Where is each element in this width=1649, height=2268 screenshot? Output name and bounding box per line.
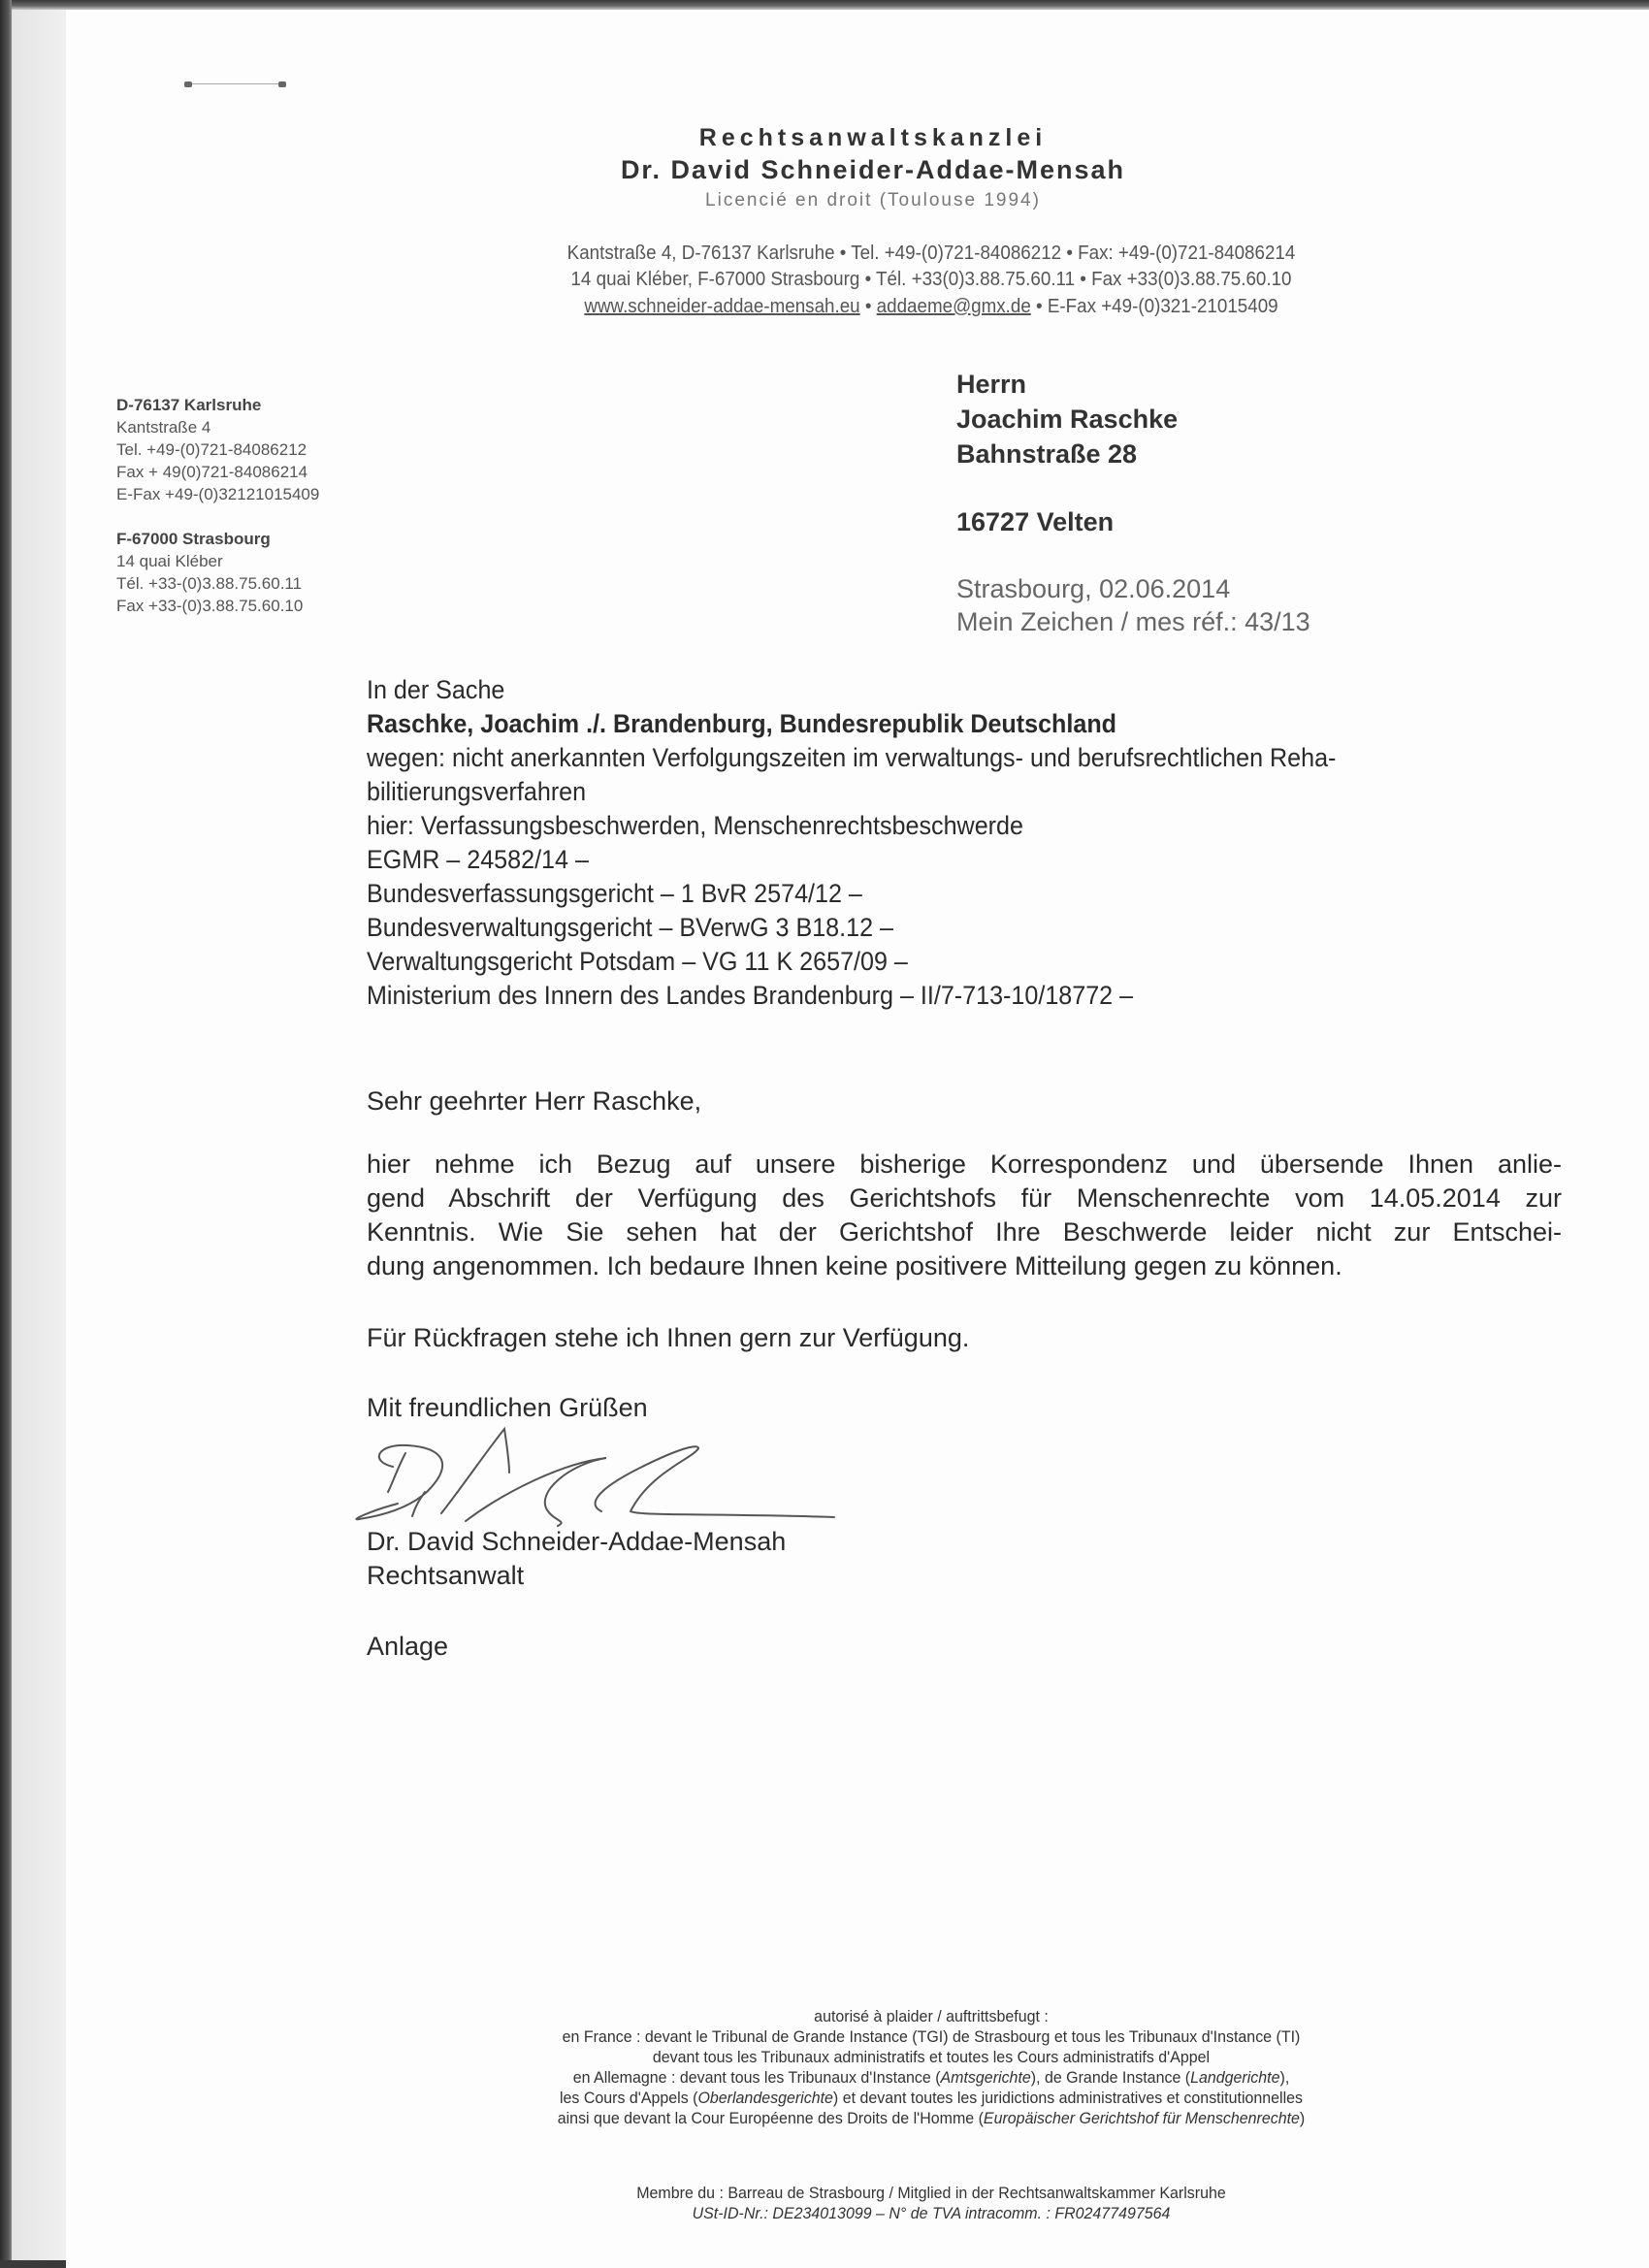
letterhead-lawyer-name: Dr. David Schneider-Addae-Mensah bbox=[524, 155, 1222, 185]
recipient-city: 16727 Velten bbox=[956, 504, 1178, 539]
sidebar-strasbourg-line: Fax +33-(0)3.88.75.60.10 bbox=[116, 595, 319, 617]
date-reference-block: Strasbourg, 02.06.2014 Mein Zeichen / me… bbox=[956, 572, 1310, 638]
place-date: Strasbourg, 02.06.2014 bbox=[956, 572, 1310, 605]
vat-ids: USt-ID-Nr.: DE234013099 – N° de TVA intr… bbox=[457, 2203, 1406, 2223]
letterhead-strasbourg-address: 14 quai Kléber, F-67000 Strasbourg • Tél… bbox=[457, 269, 1406, 291]
handwritten-signature bbox=[349, 1424, 912, 1531]
case-reference: EGMR – 24582/14 – bbox=[367, 843, 1562, 877]
sidebar-strasbourg-line: Tél. +33-(0)3.88.75.60.11 bbox=[116, 572, 319, 595]
signer-title: Rechtsanwalt bbox=[367, 1559, 1562, 1593]
letter-closing: Mit freundlichen Grüßen bbox=[367, 1391, 1562, 1425]
recipient-address: Herrn Joachim Raschke Bahnstraße 28 1672… bbox=[956, 367, 1178, 539]
case-reference: Verwaltungsgericht Potsdam – VG 11 K 265… bbox=[367, 945, 1562, 979]
staple-mark bbox=[184, 81, 286, 87]
letterhead-licence: Licencié en droit (Toulouse 1994) bbox=[524, 190, 1222, 211]
sidebar-karlsruhe-line: Fax + 49(0)721-84086214 bbox=[116, 461, 319, 483]
case-reference: Bundesverfassungsgericht – 1 BvR 2574/12… bbox=[367, 877, 1562, 911]
email-link[interactable]: addaeme@gmx.de bbox=[877, 296, 1031, 317]
sidebar-karlsruhe-line: Kantstraße 4 bbox=[116, 416, 319, 438]
letter-salutation: Sehr geehrter Herr Raschke, bbox=[367, 1085, 1562, 1118]
sidebar-strasbourg-heading: F-67000 Strasbourg bbox=[116, 528, 319, 550]
sidebar-karlsruhe-heading: D-76137 Karlsruhe bbox=[116, 394, 319, 416]
signer-name: Dr. David Schneider-Addae-Mensah bbox=[367, 1525, 1562, 1559]
case-reference: Ministerium des Innern des Landes Brande… bbox=[367, 979, 1562, 1013]
sidebar-strasbourg-line: 14 quai Kléber bbox=[116, 550, 319, 572]
letter-paragraph-2: Für Rückfragen stehe ich Ihnen gern zur … bbox=[367, 1321, 1562, 1355]
subject-block: In der Sache Raschke, Joachim ./. Brande… bbox=[367, 673, 1562, 1013]
footer-admissions: autorisé à plaider / auftrittsbefugt : e… bbox=[457, 2006, 1406, 2128]
reference-number: Mein Zeichen / mes réf.: 43/13 bbox=[956, 605, 1310, 638]
recipient-salutation: Herrn bbox=[956, 367, 1178, 402]
sidebar-karlsruhe-line: E-Fax +49-(0)32121015409 bbox=[116, 483, 319, 505]
letterhead-title: Rechtsanwaltskanzlei bbox=[524, 124, 1222, 152]
letterhead-contact-line: www.schneider-addae-mensah.eu • addaeme@… bbox=[457, 296, 1406, 318]
footer-membership: Membre du : Barreau de Strasbourg / Mitg… bbox=[457, 2183, 1406, 2223]
scan-border-left bbox=[0, 0, 12, 2268]
subject-parties: Raschke, Joachim ./. Brandenburg, Bundes… bbox=[367, 707, 1562, 741]
website-link[interactable]: www.schneider-addae-mensah.eu bbox=[584, 296, 859, 317]
scan-border-top bbox=[0, 0, 1649, 10]
sidebar-addresses: D-76137 Karlsruhe Kantstraße 4 Tel. +49-… bbox=[116, 394, 319, 617]
subject-line: wegen: nicht anerkannten Verfolgungszeit… bbox=[367, 741, 1562, 775]
subject-line: hier: Verfassungsbeschwerden, Menschenre… bbox=[367, 809, 1562, 843]
signer-block: Dr. David Schneider-Addae-Mensah Rechtsa… bbox=[367, 1525, 1562, 1593]
scan-border-bottom bbox=[0, 2260, 66, 2268]
letterhead-karlsruhe-address: Kantstraße 4, D-76137 Karlsruhe • Tel. +… bbox=[457, 243, 1406, 265]
subject-line: bilitierungsverfahren bbox=[367, 775, 1562, 809]
sidebar-karlsruhe-line: Tel. +49-(0)721-84086212 bbox=[116, 438, 319, 461]
letter-paragraph-1: hier nehme ich Bezug auf unsere bisherig… bbox=[367, 1148, 1562, 1283]
case-reference: Bundesverwaltungsgericht – BVerwG 3 B18.… bbox=[367, 911, 1562, 945]
recipient-street: Bahnstraße 28 bbox=[956, 437, 1178, 471]
enclosure-note: Anlage bbox=[367, 1630, 1562, 1664]
recipient-name: Joachim Raschke bbox=[956, 402, 1178, 437]
scan-margin bbox=[12, 10, 66, 2268]
bar-membership: Membre du : Barreau de Strasbourg / Mitg… bbox=[457, 2183, 1406, 2203]
subject-intro: In der Sache bbox=[367, 673, 1562, 707]
efax-number: • E-Fax +49-(0)321-21015409 bbox=[1031, 296, 1278, 317]
